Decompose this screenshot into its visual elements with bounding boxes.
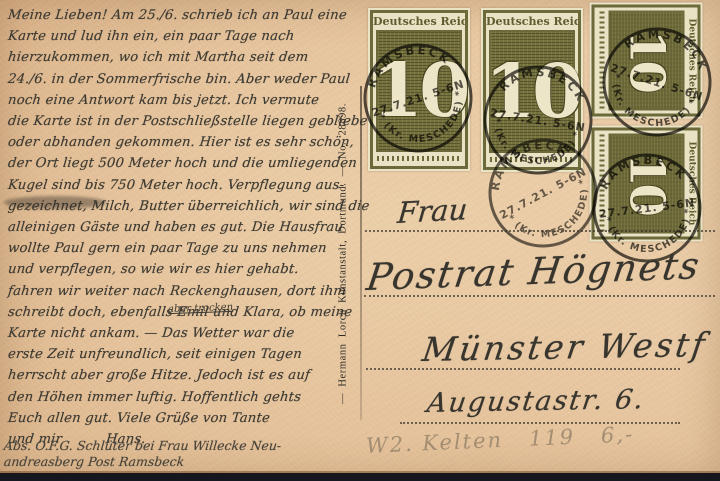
message-line: fahren wir weiter nach Reckenghausen, do… <box>7 281 361 302</box>
message-line: Meine Lieben! Am 25./6. schrieb ich an P… <box>7 5 361 26</box>
message-line: erste Zeit unfreundlich, seit einigen Ta… <box>7 344 361 365</box>
publisher-imprint: — Hermann Lorch Kunstanstalt, Dortmund. … <box>338 84 353 424</box>
address-city: Münster Westf <box>420 325 710 369</box>
address-salutation: Frau <box>396 192 469 230</box>
address-rule <box>365 230 715 232</box>
ink-smudge <box>4 196 106 209</box>
message-line: Euch allen gut. Viele Grüße von Tante <box>7 408 361 429</box>
message-line: die Karte ist in der Postschließstelle l… <box>7 111 361 132</box>
message-line: wollte Paul gern ein paar Tage zu uns ne… <box>7 238 361 259</box>
message-line: Karte nicht ankam. — Das Wetter war die <box>7 323 361 344</box>
sender-line: Abs. O.F.G. Schlüter bei Frau Willecke N… <box>3 438 282 454</box>
message-line: herrscht aber große Hitze. Jedoch ist es… <box>7 365 361 386</box>
scan-edge-strip <box>0 473 720 481</box>
message-line: Karte und lud ihn ein, ein paar Tage nac… <box>7 26 361 47</box>
message-line: und verpflegen, so wie wir es hier gehab… <box>7 259 361 280</box>
pencil-dealer-note: W2. Kelten 119 6,- <box>366 422 635 458</box>
postcard-scan: Meine Lieben! Am 25./6. schrieb ich an P… <box>0 0 720 481</box>
message-line: Kugel sind bis 750 Meter hoch. Verpflegu… <box>7 175 361 196</box>
address-street: Augustastr. 6. <box>425 384 647 419</box>
message-line: alleinigen Gäste und haben es gut. Die H… <box>7 217 361 238</box>
address-name: Postrat Högnets <box>364 244 704 299</box>
address-rule <box>400 422 680 424</box>
message-line: der Ort liegt 500 Meter hoch und die uml… <box>7 153 361 174</box>
message-line: 24./6. in der Sommerfrische bin. Aber we… <box>7 69 361 90</box>
postmark-date: 27.7.21. 5-6N <box>598 196 696 221</box>
message-line: hierzukommen, wo ich mit Martha seit dem <box>7 47 361 68</box>
message-line: oder abhanden gekommen. Hier ist es sehr… <box>7 132 361 153</box>
inserted-correction: aber trocken <box>168 302 233 315</box>
sender-block: Abs. O.F.G. Schlüter bei Frau Willecke N… <box>4 438 281 469</box>
stamp-country-label: Deutsches Reich <box>486 13 578 30</box>
message-line: noch eine Antwort kam bis jetzt. Ich ver… <box>7 90 361 111</box>
message-line: den Höhen immer luftig. Hoffentlich geht… <box>7 387 361 408</box>
address-rule <box>366 368 680 370</box>
message-block: Meine Lieben! Am 25./6. schrieb ich an P… <box>8 5 360 450</box>
sender-line: andreasberg Post Ramsbeck <box>3 454 282 470</box>
